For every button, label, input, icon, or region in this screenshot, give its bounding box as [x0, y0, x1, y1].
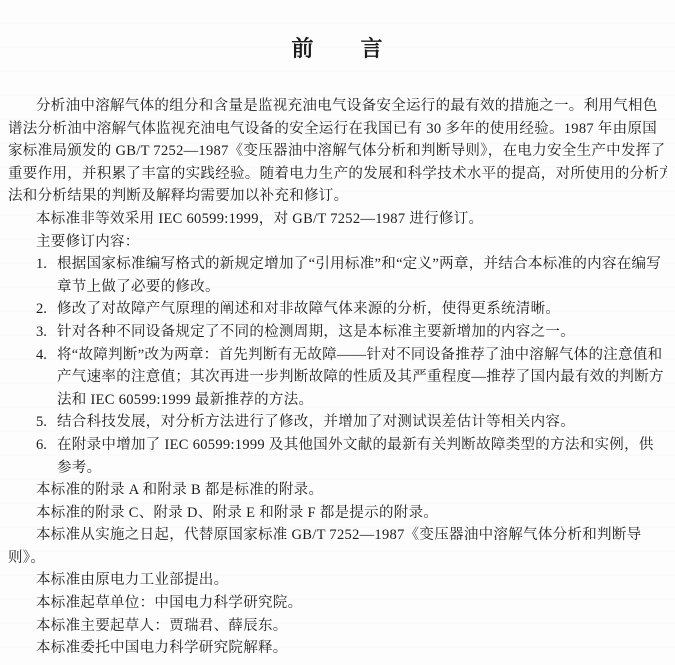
paragraph-line: 本标准委托中国电力科学研究院解释。 [8, 637, 667, 660]
paragraph-line: 谱法分析油中溶解气体监视充油电气设备的安全运行在我国已有 30 多年的使用经验。… [8, 118, 667, 141]
paragraph-line: 本标准从实施之日起，代替原国家标准 GB/T 7252—1987《变压器油中溶解… [8, 524, 667, 547]
list-item-text: 在附录中增加了 IEC 60599:1999 及其他国外文献的最新有关判断故障类… [57, 437, 654, 453]
list-item-continuation: 法和 IEC 60599:1999 最新推荐的方法。 [8, 389, 667, 412]
page-title-text: 前 言 [291, 38, 383, 60]
paragraph-line: 法和分析结果的判断及解释均需要加以补充和修订。 [8, 185, 667, 208]
list-item-continuation: 章节上做了必要的修改。 [8, 276, 667, 299]
list-item-continuation: 参考。 [8, 457, 667, 480]
paragraph-line: 本标准由原电力工业部提出。 [8, 569, 667, 592]
list-item-number: 3. [36, 321, 57, 344]
paragraph-line: 本标准的附录 A 和附录 B 都是标准的附录。 [8, 479, 667, 502]
list-item-text: 根据国家标准编写格式的新规定增加了“引用标准”和“定义”两章，并结合本标准的内容… [57, 256, 661, 272]
list-item-text: 将“故障判断”改为两章：首先判断有无故障——针对不同设备推荐了油中溶解气体的注意… [57, 347, 662, 363]
foreword-body: 分析油中溶解气体的组分和含量是监视充油电气设备安全运行的最有效的措施之一。利用气… [8, 95, 667, 660]
paragraph-line: 主要修订内容： [8, 231, 667, 254]
paragraph-line: 本标准非等效采用 IEC 60599:1999，对 GB/T 7252—1987… [8, 208, 667, 231]
paragraph-line: 家标准局颁发的 GB/T 7252—1987《变压器油中溶解气体分析和判断导则》… [8, 140, 667, 163]
paragraph-line: 重要作用，并积累了丰富的实践经验。随着电力生产的发展和科学技术水平的提高，对所使… [8, 163, 667, 186]
list-item-continuation: 产气速率的注意值；其次再进一步判断故障的性质及其严重程度—推荐了国内最有效的判断… [8, 366, 667, 389]
list-item: 4.将“故障判断”改为两章：首先判断有无故障——针对不同设备推荐了油中溶解气体的… [8, 344, 667, 367]
list-item-number: 5. [36, 411, 57, 434]
list-item-text: 针对各种不同设备规定了不同的检测周期，这是本标准主要新增加的内容之一。 [57, 324, 575, 340]
list-item-number: 6. [36, 434, 57, 457]
list-item-text: 修改了对故障产气原理的阐述和对非故障气体来源的分析，使得更系统清晰。 [57, 301, 560, 317]
list-item: 5.结合科技发展，对分析方法进行了修改，并增加了对测试误差估计等相关内容。 [8, 411, 667, 434]
list-item-number: 2. [36, 298, 57, 321]
list-item-text: 结合科技发展，对分析方法进行了修改，并增加了对测试误差估计等相关内容。 [57, 414, 575, 430]
paragraph-line: 则》。 [8, 547, 667, 570]
list-item: 3.针对各种不同设备规定了不同的检测周期，这是本标准主要新增加的内容之一。 [8, 321, 667, 344]
list-item: 2.修改了对故障产气原理的阐述和对非故障气体来源的分析，使得更系统清晰。 [8, 298, 667, 321]
list-item: 1.根据国家标准编写格式的新规定增加了“引用标准”和“定义”两章，并结合本标准的… [8, 253, 667, 276]
list-item: 6.在附录中增加了 IEC 60599:1999 及其他国外文献的最新有关判断故… [8, 434, 667, 457]
paragraph-line: 本标准主要起草人：贾瑞君、薛辰东。 [8, 615, 667, 638]
document-page: 前 言 分析油中溶解气体的组分和含量是监视充油电气设备安全运行的最有效的措施之一… [0, 0, 675, 665]
list-item-number: 4. [36, 344, 57, 367]
paragraph-line: 本标准起草单位：中国电力科学研究院。 [8, 592, 667, 615]
paragraph-line: 分析油中溶解气体的组分和含量是监视充油电气设备安全运行的最有效的措施之一。利用气… [8, 95, 667, 118]
paragraph-line: 本标准的附录 C、附录 D、附录 E 和附录 F 都是提示的附录。 [8, 502, 667, 525]
page-title: 前 言 [8, 38, 667, 60]
list-item-number: 1. [36, 253, 57, 276]
